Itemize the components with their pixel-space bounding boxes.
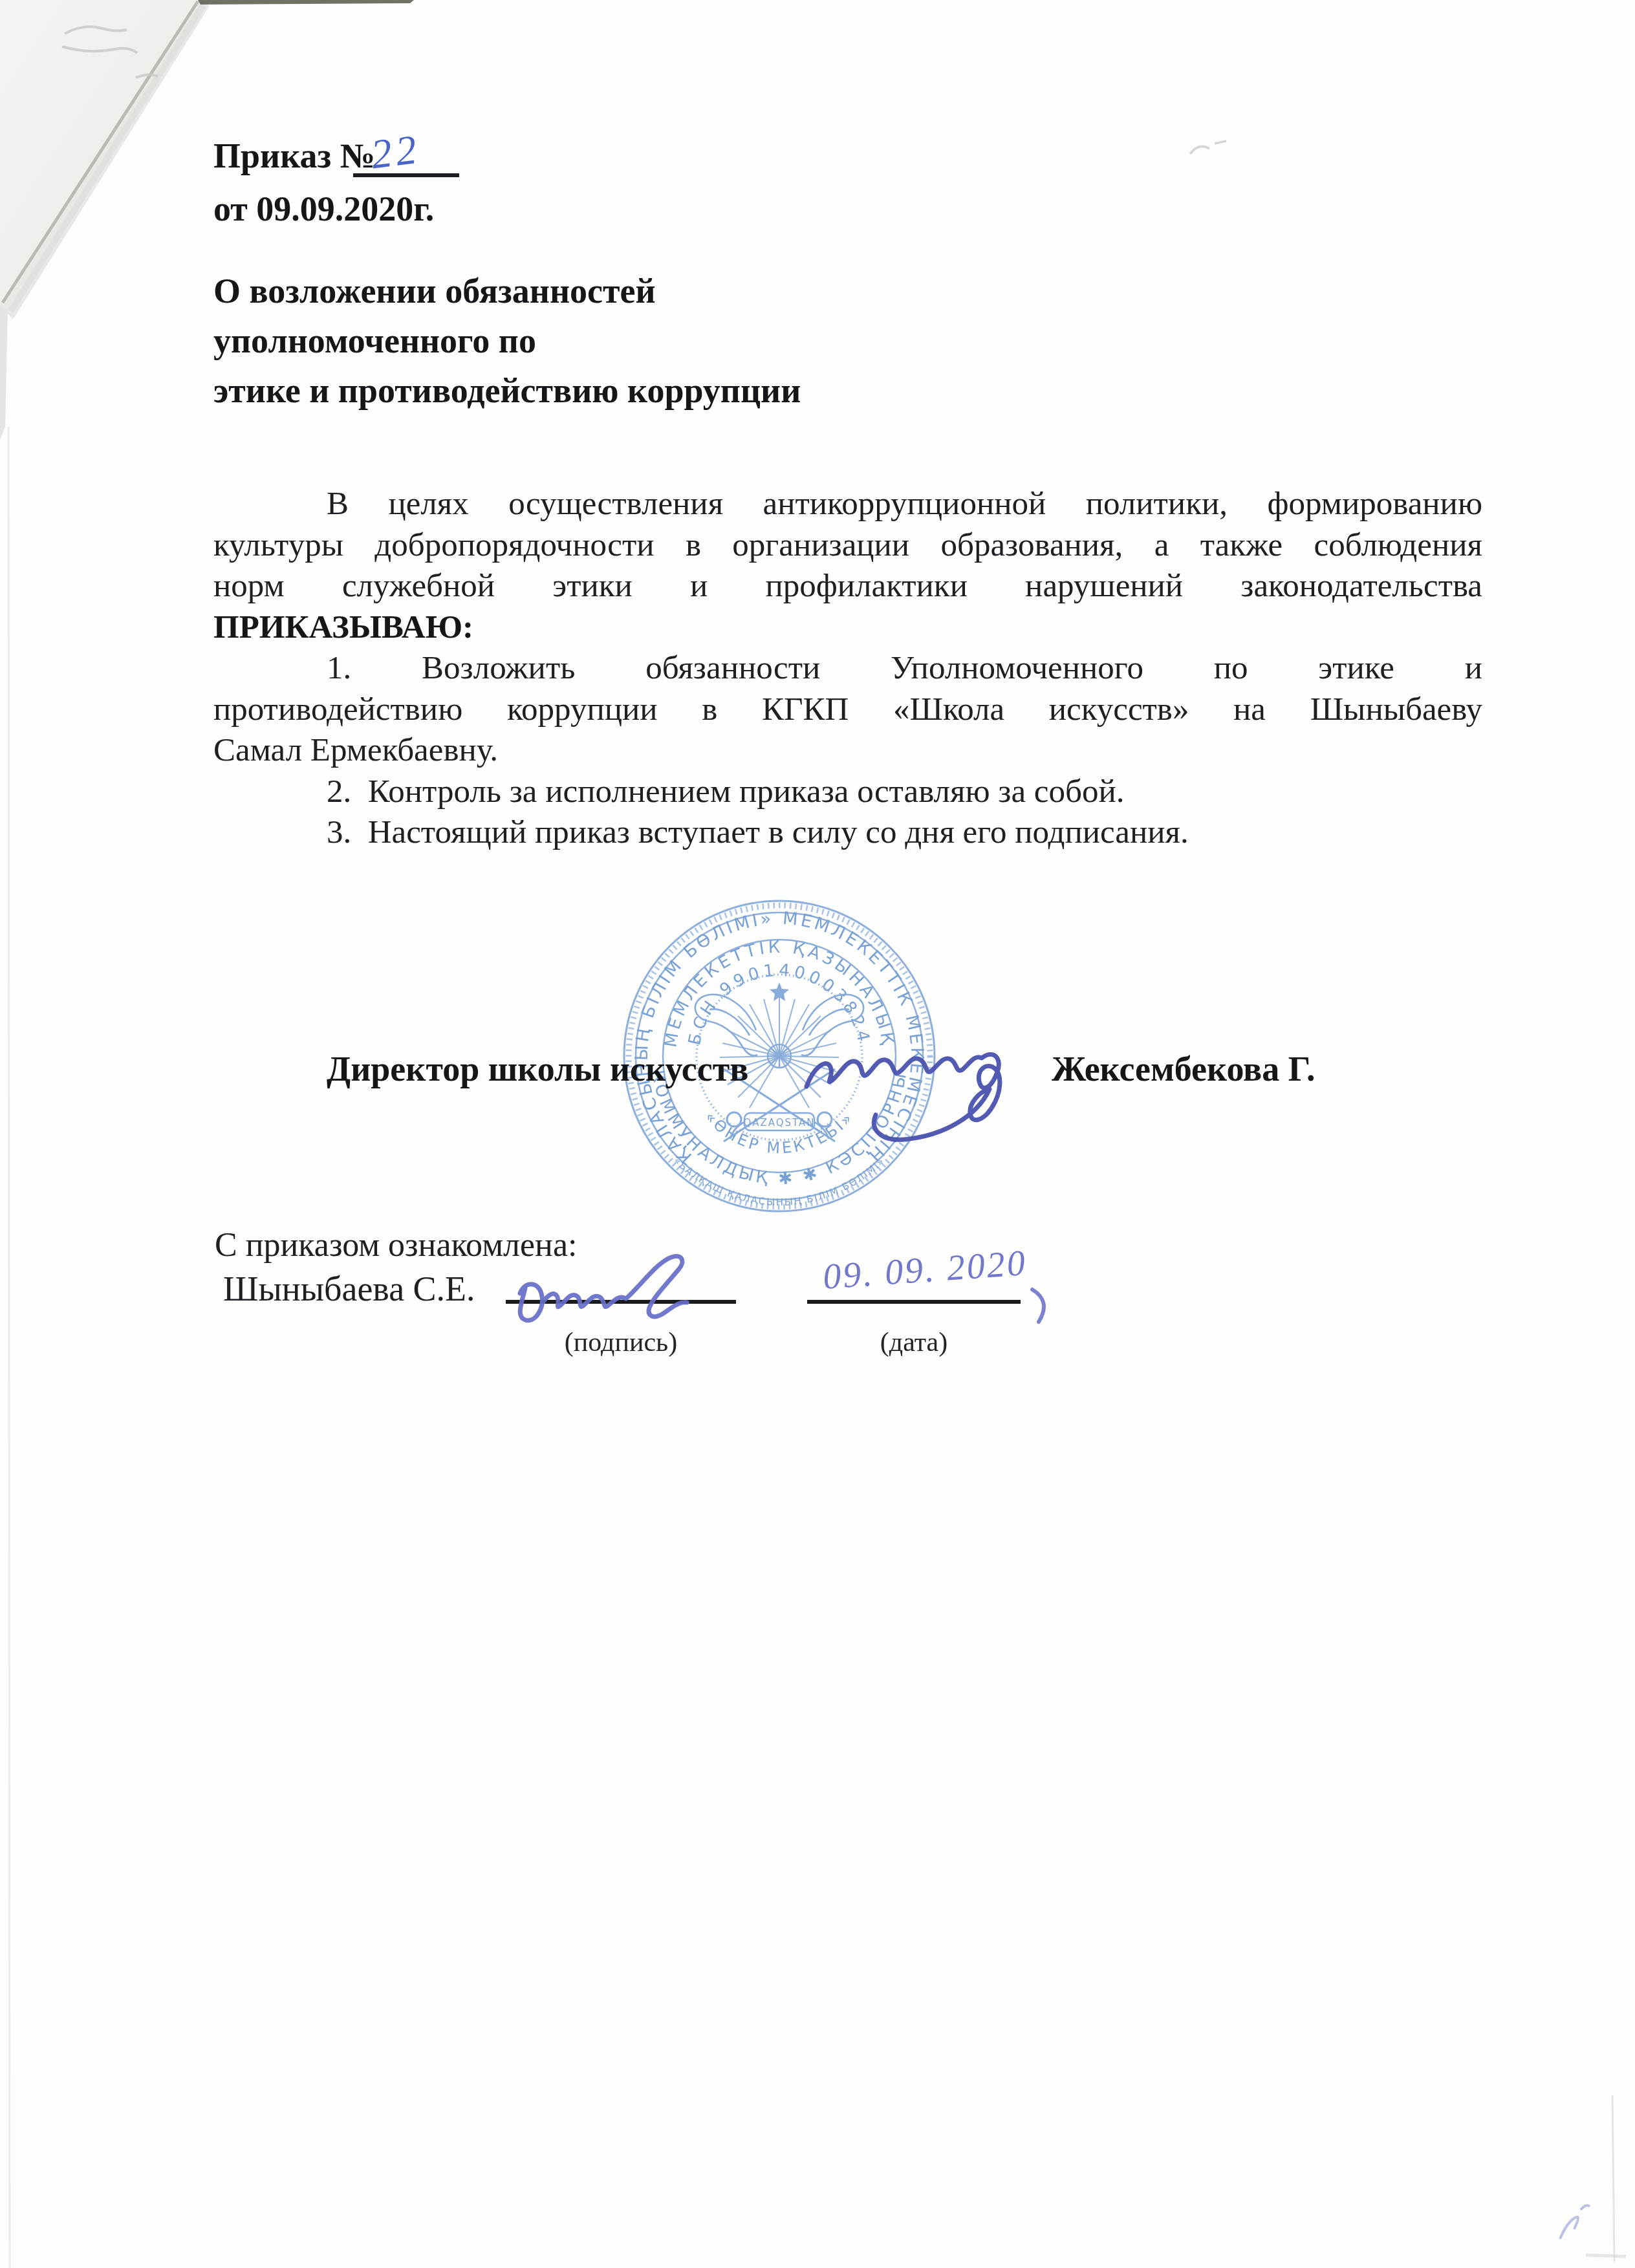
order-date-line: от 09.09.2020г. — [213, 182, 434, 235]
stamp-inner-bottom-text: «ӨНЕР МЕКТЕБІ» — [701, 1108, 858, 1157]
stamp-bsn-text: БСН 990140003824 — [685, 961, 874, 1047]
fold-crease-line — [3, 1, 198, 303]
item1-line: Самал Ермекбаевну. — [213, 730, 1482, 772]
director-title: Директор школы искусств — [327, 1049, 748, 1089]
body-line: В целях осуществления антикоррупционной … — [213, 484, 1482, 525]
stamp-micro-text: «БАЛҚАШ ҚАЛАСЫНЫҢ БІЛІМ БӨЛІМІ» — [671, 1155, 887, 1208]
scanned-order-document: Приказ № от 09.09.2020г. 22 О возложении… — [0, 0, 1635, 2268]
svg-text:МЕМЛЕКЕТТІК ҚАЗЫНАЛЫҚ: МЕМЛЕКЕТТІК ҚАЗЫНАЛЫҚ — [661, 938, 897, 1049]
date-caption: (дата) — [807, 1327, 1021, 1358]
stamp-inner-top-text: МЕМЛЕКЕТТІК ҚАЗЫНАЛЫҚ — [661, 938, 897, 1049]
order-body: В целях осуществления антикоррупционной … — [213, 484, 1482, 854]
resolve-word: ПРИКАЗЫВАЮ: — [213, 607, 1482, 649]
subject-line: этике и противодействию коррупции — [213, 366, 801, 416]
stamp-outer-text: ҚАЛАСЫНЫҢ БІЛІМ БӨЛІМІ» МЕМЛЕКЕТТІК МЕКЕ… — [632, 909, 927, 1167]
item2-line: 2. Контроль за исполнением приказа остав… — [213, 772, 1482, 813]
pencil-scribble — [62, 27, 158, 78]
order-label: Приказ № — [213, 136, 375, 175]
right-edge-hairline — [1612, 2095, 1614, 2262]
director-signature — [807, 1054, 1000, 1139]
handwritten-order-number: 22 — [369, 125, 423, 179]
signature-caption: (подпись) — [506, 1327, 736, 1358]
acknowledgement-line: С приказом ознакомлена: — [215, 1226, 577, 1264]
top-right-smudge — [1190, 141, 1226, 154]
fold-crease-soft — [10, 5, 203, 312]
left-edge-hairline — [8, 427, 10, 2268]
handwritten-date: 09. 09. 2020 — [821, 1242, 1028, 1298]
shanyrak-icon — [768, 1044, 791, 1068]
emblem-banner-text: QAZAQSTAN — [743, 1117, 815, 1129]
body-line: культуры добропорядочности в организации… — [213, 525, 1482, 567]
acknowledgement-signature — [520, 1256, 687, 1320]
bottom-right-pen-squiggle — [1560, 2205, 1590, 2239]
svg-text:«ӨНЕР МЕКТЕБІ»: «ӨНЕР МЕКТЕБІ» — [701, 1108, 858, 1157]
tulpar-left — [695, 995, 757, 1056]
subject-line: О возложении обязанностей — [213, 266, 801, 316]
order-subject: О возложении обязанностей уполномоченног… — [213, 266, 801, 416]
signature-underline — [506, 1300, 736, 1304]
tulpar-right — [801, 995, 863, 1056]
item1-line: противодействию коррупции в КГКП «Школа … — [213, 689, 1482, 731]
folded-corner — [0, 0, 199, 305]
emblem-star-icon — [770, 982, 789, 1001]
svg-text:«БАЛҚАШ ҚАЛАСЫНЫҢ БІЛІМ БӨЛІМІ: «БАЛҚАШ ҚАЛАСЫНЫҢ БІЛІМ БӨЛІМІ» — [671, 1155, 887, 1208]
top-edge-sliver — [198, 0, 414, 5]
item3-line: 3. Настоящий приказ вступает в силу со д… — [213, 812, 1482, 854]
emblem-banner — [744, 1113, 814, 1130]
bottom-right-edge-mark — [1586, 2255, 1626, 2256]
subject-line: уполномоченного по — [213, 316, 801, 366]
body-line: норм служебной этики и профилактики нару… — [213, 566, 1482, 607]
left-edge-strip — [0, 305, 8, 440]
svg-text:ҚАЛАСЫНЫҢ БІЛІМ БӨЛІМІ» МЕМЛЕК: ҚАЛАСЫНЫҢ БІЛІМ БӨЛІМІ» МЕМЛЕКЕТТІК МЕКЕ… — [632, 909, 927, 1167]
acknowledged-by-name: Шыныбаева С.Е. — [223, 1269, 475, 1309]
item1-line: 1. Возложить обязанности Уполномоченного… — [213, 648, 1482, 689]
date-flourish — [1032, 1290, 1044, 1322]
date-underline — [807, 1300, 1021, 1304]
fold-shadow — [0, 0, 210, 319]
director-name: Жексембекова Г. — [1052, 1049, 1316, 1089]
svg-text:БСН 990140003824: БСН 990140003824 — [685, 961, 874, 1047]
